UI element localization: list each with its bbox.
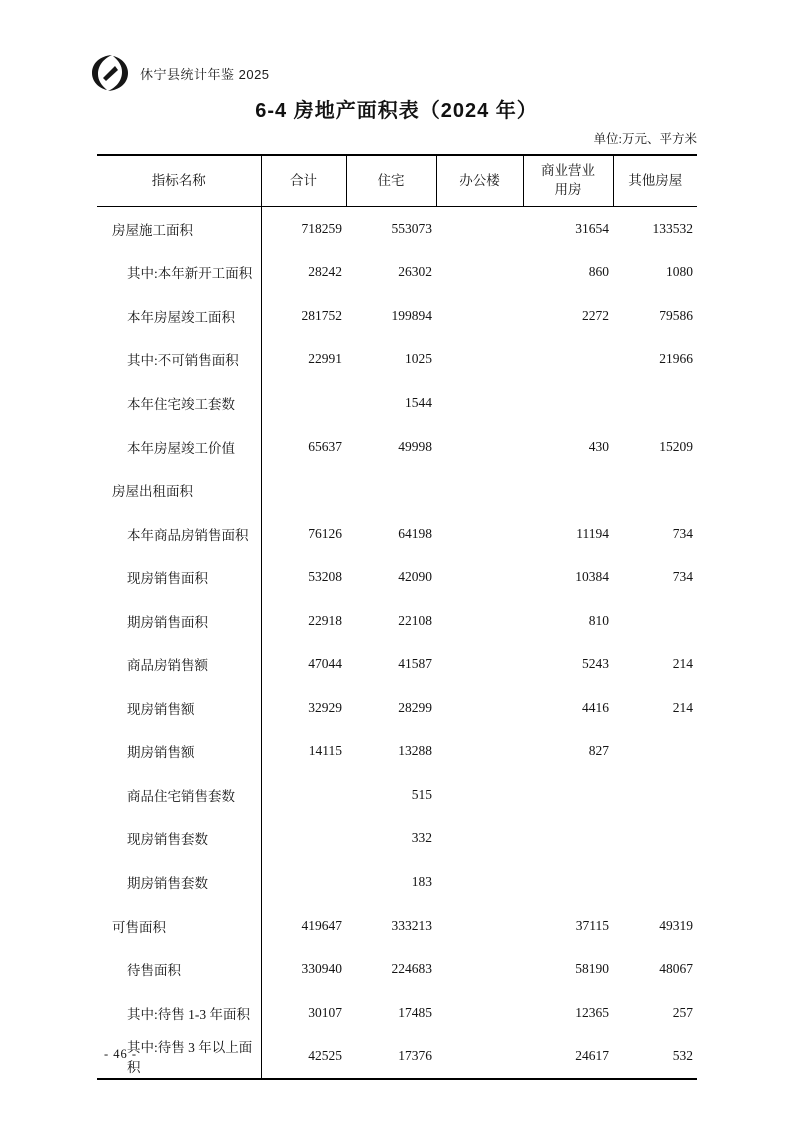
- row-value: 32929: [261, 686, 346, 730]
- row-label: 本年商品房销售面积: [97, 512, 261, 556]
- table-row: 本年房屋竣工面积281752199894227279586: [97, 294, 697, 338]
- row-label: 现房销售额: [97, 686, 261, 730]
- row-value: [261, 381, 346, 425]
- row-value: 28242: [261, 251, 346, 295]
- row-value: 532: [613, 1034, 697, 1079]
- row-value: 53208: [261, 555, 346, 599]
- row-value: 1025: [346, 338, 436, 382]
- row-label: 本年房屋竣工面积: [97, 294, 261, 338]
- row-value: 47044: [261, 642, 346, 686]
- row-label: 其中:本年新开工面积: [97, 251, 261, 295]
- row-value: 257: [613, 991, 697, 1035]
- yearbook-title: 休宁县统计年鉴 2025: [140, 64, 270, 83]
- row-value: [523, 773, 613, 817]
- row-value: 21966: [613, 338, 697, 382]
- table-row: 现房销售面积532084209010384734: [97, 555, 697, 599]
- row-value: 330940: [261, 947, 346, 991]
- row-value: 79586: [613, 294, 697, 338]
- table-row: 其中:不可销售面积22991102521966: [97, 338, 697, 382]
- row-value: 827: [523, 730, 613, 774]
- row-label: 期房销售套数: [97, 860, 261, 904]
- table-row: 本年住宅竣工套数1544: [97, 381, 697, 425]
- table-row: 待售面积3309402246835819048067: [97, 947, 697, 991]
- table-row: 商品房销售额47044415875243214: [97, 642, 697, 686]
- row-value: [436, 686, 523, 730]
- row-value: 5243: [523, 642, 613, 686]
- row-value: 24617: [523, 1034, 613, 1079]
- row-label: 期房销售额: [97, 730, 261, 774]
- table-row: 期房销售面积2291822108810: [97, 599, 697, 643]
- col-header-office: 办公楼: [436, 155, 523, 207]
- row-value: 42525: [261, 1034, 346, 1079]
- row-value: 10384: [523, 555, 613, 599]
- row-value: 17485: [346, 991, 436, 1035]
- yearbook-logo-icon: [90, 54, 130, 92]
- row-value: 22991: [261, 338, 346, 382]
- table-row: 商品住宅销售套数515: [97, 773, 697, 817]
- row-value: 199894: [346, 294, 436, 338]
- row-label: 现房销售面积: [97, 555, 261, 599]
- table-row: 其中:待售 3 年以上面积425251737624617532: [97, 1034, 697, 1079]
- col-header-indicator: 指标名称: [97, 155, 261, 207]
- row-value: [436, 947, 523, 991]
- row-value: [436, 1034, 523, 1079]
- row-value: 133532: [613, 207, 697, 251]
- row-value: [436, 642, 523, 686]
- col-header-other: 其他房屋: [613, 155, 697, 207]
- table-row: 房屋出租面积: [97, 468, 697, 512]
- row-label: 商品住宅销售套数: [97, 773, 261, 817]
- row-label: 待售面积: [97, 947, 261, 991]
- row-value: 214: [613, 642, 697, 686]
- table-row: 本年商品房销售面积761266419811194734: [97, 512, 697, 556]
- row-value: 224683: [346, 947, 436, 991]
- row-value: 49319: [613, 904, 697, 948]
- row-value: 11194: [523, 512, 613, 556]
- row-value: 58190: [523, 947, 613, 991]
- table-row: 本年房屋竣工价值656374999843015209: [97, 425, 697, 469]
- row-label: 可售面积: [97, 904, 261, 948]
- row-value: [613, 381, 697, 425]
- row-label: 房屋出租面积: [97, 468, 261, 512]
- table-row: 房屋施工面积71825955307331654133532: [97, 207, 697, 251]
- row-value: 553073: [346, 207, 436, 251]
- col-header-commercial: 商业营业 用房: [523, 155, 613, 207]
- row-value: 734: [613, 512, 697, 556]
- row-value: 860: [523, 251, 613, 295]
- row-value: [436, 425, 523, 469]
- table-row: 可售面积4196473332133711549319: [97, 904, 697, 948]
- table-row: 其中:待售 1-3 年面积301071748512365257: [97, 991, 697, 1035]
- row-value: 31654: [523, 207, 613, 251]
- row-value: [436, 294, 523, 338]
- row-value: 22108: [346, 599, 436, 643]
- row-value: [436, 773, 523, 817]
- row-value: [613, 773, 697, 817]
- row-value: 14115: [261, 730, 346, 774]
- row-value: [523, 381, 613, 425]
- row-label: 本年住宅竣工套数: [97, 381, 261, 425]
- row-value: [261, 468, 346, 512]
- table-row: 期房销售额1411513288827: [97, 730, 697, 774]
- row-value: 214: [613, 686, 697, 730]
- row-value: 333213: [346, 904, 436, 948]
- row-value: 281752: [261, 294, 346, 338]
- row-value: [436, 207, 523, 251]
- table-row: 期房销售套数183: [97, 860, 697, 904]
- row-value: 22918: [261, 599, 346, 643]
- row-value: [436, 904, 523, 948]
- row-value: [261, 817, 346, 861]
- row-value: [613, 817, 697, 861]
- row-value: 419647: [261, 904, 346, 948]
- page: 休宁县统计年鉴 2025 6-4 房地产面积表（2024 年） 单位:万元、平方…: [0, 0, 793, 1122]
- row-value: 734: [613, 555, 697, 599]
- row-value: [436, 251, 523, 295]
- row-value: [436, 730, 523, 774]
- row-value: 15209: [613, 425, 697, 469]
- row-value: 515: [346, 773, 436, 817]
- row-value: 718259: [261, 207, 346, 251]
- row-value: [436, 555, 523, 599]
- row-label: 其中:待售 1-3 年面积: [97, 991, 261, 1035]
- table-body: 房屋施工面积71825955307331654133532其中:本年新开工面积2…: [97, 207, 697, 1079]
- col-header-total: 合计: [261, 155, 346, 207]
- row-value: 332: [346, 817, 436, 861]
- row-value: [436, 860, 523, 904]
- row-label: 房屋施工面积: [97, 207, 261, 251]
- row-value: [436, 817, 523, 861]
- row-value: 2272: [523, 294, 613, 338]
- page-number: - 46 -: [104, 1047, 137, 1062]
- row-value: 30107: [261, 991, 346, 1035]
- row-label: 现房销售套数: [97, 817, 261, 861]
- table-row: 其中:本年新开工面积28242263028601080: [97, 251, 697, 295]
- row-value: 810: [523, 599, 613, 643]
- row-value: 42090: [346, 555, 436, 599]
- table-head: 指标名称 合计 住宅 办公楼 商业营业 用房 其他房屋: [97, 155, 697, 207]
- row-value: [523, 468, 613, 512]
- row-value: [523, 338, 613, 382]
- row-value: 183: [346, 860, 436, 904]
- row-value: [261, 860, 346, 904]
- real-estate-area-table: 指标名称 合计 住宅 办公楼 商业营业 用房 其他房屋 房屋施工面积718259…: [97, 154, 697, 1080]
- col-header-residential: 住宅: [346, 155, 436, 207]
- row-value: [346, 468, 436, 512]
- row-value: [523, 860, 613, 904]
- row-value: [613, 599, 697, 643]
- row-label: 本年房屋竣工价值: [97, 425, 261, 469]
- row-value: 65637: [261, 425, 346, 469]
- table-row: 现房销售额32929282994416214: [97, 686, 697, 730]
- row-value: [613, 468, 697, 512]
- table-row: 现房销售套数332: [97, 817, 697, 861]
- row-value: [436, 381, 523, 425]
- row-value: 76126: [261, 512, 346, 556]
- row-label: 其中:不可销售面积: [97, 338, 261, 382]
- row-label: 商品房销售额: [97, 642, 261, 686]
- row-value: 4416: [523, 686, 613, 730]
- row-value: [436, 991, 523, 1035]
- unit-note: 单位:万元、平方米: [594, 129, 697, 147]
- header-brand: 休宁县统计年鉴 2025: [90, 54, 270, 92]
- row-value: 1544: [346, 381, 436, 425]
- page-title: 6-4 房地产面积表（2024 年）: [0, 94, 793, 123]
- row-value: [261, 773, 346, 817]
- row-value: 49998: [346, 425, 436, 469]
- row-value: [436, 599, 523, 643]
- row-value: 430: [523, 425, 613, 469]
- row-value: 37115: [523, 904, 613, 948]
- row-value: [436, 338, 523, 382]
- row-value: 12365: [523, 991, 613, 1035]
- row-label: 期房销售面积: [97, 599, 261, 643]
- row-value: 28299: [346, 686, 436, 730]
- row-value: [613, 730, 697, 774]
- row-value: 41587: [346, 642, 436, 686]
- row-value: 26302: [346, 251, 436, 295]
- row-value: [523, 817, 613, 861]
- row-value: 13288: [346, 730, 436, 774]
- row-value: 48067: [613, 947, 697, 991]
- row-value: 1080: [613, 251, 697, 295]
- row-value: 64198: [346, 512, 436, 556]
- row-value: 17376: [346, 1034, 436, 1079]
- row-value: [436, 468, 523, 512]
- row-value: [613, 860, 697, 904]
- row-value: [436, 512, 523, 556]
- table-header-row: 指标名称 合计 住宅 办公楼 商业营业 用房 其他房屋: [97, 155, 697, 207]
